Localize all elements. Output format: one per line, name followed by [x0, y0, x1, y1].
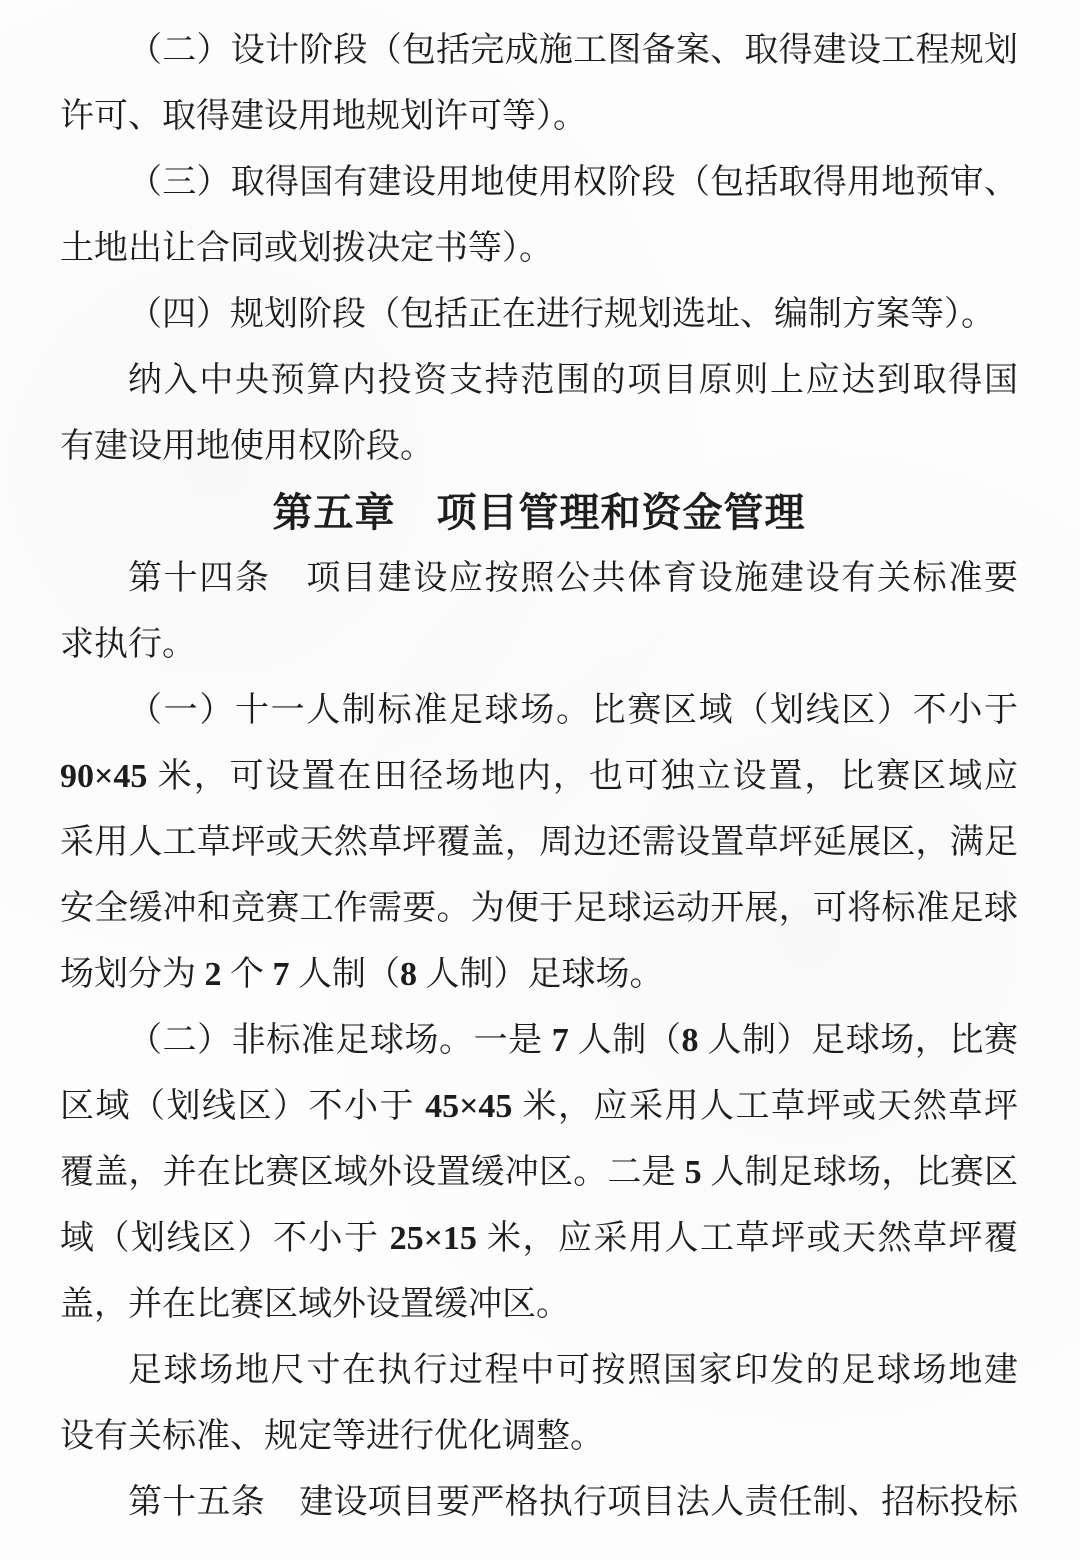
text-line: 安全缓冲和竞赛工作需要。为便于足球运动开展，可将标准足球	[60, 876, 1018, 942]
text-line: （二）设计阶段（包括完成施工图备案、取得建设工程规划	[60, 18, 1018, 84]
text-line: 区域（划线区）不小于 45×45 米，应采用人工草坪或天然草坪	[60, 1074, 1018, 1140]
text-line: 盖，并在比赛区域外设置缓冲区。	[60, 1272, 1018, 1338]
text-line: 覆盖，并在比赛区域外设置缓冲区。二是 5 人制足球场，比赛区	[60, 1140, 1018, 1206]
text-line: （一）十一人制标准足球场。比赛区域（划线区）不小于	[60, 678, 1018, 744]
text-line: 第十五条 建设项目要严格执行项目法人责任制、招标投标	[60, 1470, 1018, 1536]
text-line: 采用人工草坪或天然草坪覆盖，周边还需设置草坪延展区，满足	[60, 810, 1018, 876]
text-line: 许可、取得建设用地规划许可等）。	[60, 84, 1018, 150]
text-line: 域（划线区）不小于 25×15 米，应采用人工草坪或天然草坪覆	[60, 1206, 1018, 1272]
text-line: 90×45 米，可设置在田径场地内，也可独立设置，比赛区域应	[60, 744, 1018, 810]
text-line: （二）非标准足球场。一是 7 人制（8 人制）足球场，比赛	[60, 1008, 1018, 1074]
text-line: 有建设用地使用权阶段。	[60, 414, 1018, 480]
text-line: （四）规划阶段（包括正在进行规划选址、编制方案等）。	[60, 282, 1018, 348]
document-page: （二）设计阶段（包括完成施工图备案、取得建设工程规划 许可、取得建设用地规划许可…	[0, 0, 1080, 1560]
text-line: 土地出让合同或划拨决定书等）。	[60, 216, 1018, 282]
text-line: 场划分为 2 个 7 人制（8 人制）足球场。	[60, 942, 1018, 1008]
text-line: （三）取得国有建设用地使用权阶段（包括取得用地预审、	[60, 150, 1018, 216]
text-line: 设有关标准、规定等进行优化调整。	[60, 1404, 1018, 1470]
text-line: 足球场地尺寸在执行过程中可按照国家印发的足球场地建	[60, 1338, 1018, 1404]
text-line: 纳入中央预算内投资支持范围的项目原则上应达到取得国	[60, 348, 1018, 414]
chapter-heading: 第五章 项目管理和资金管理	[60, 480, 1018, 546]
text-line: 第十四条 项目建设应按照公共体育设施建设有关标准要	[60, 546, 1018, 612]
text-line: 求执行。	[60, 612, 1018, 678]
